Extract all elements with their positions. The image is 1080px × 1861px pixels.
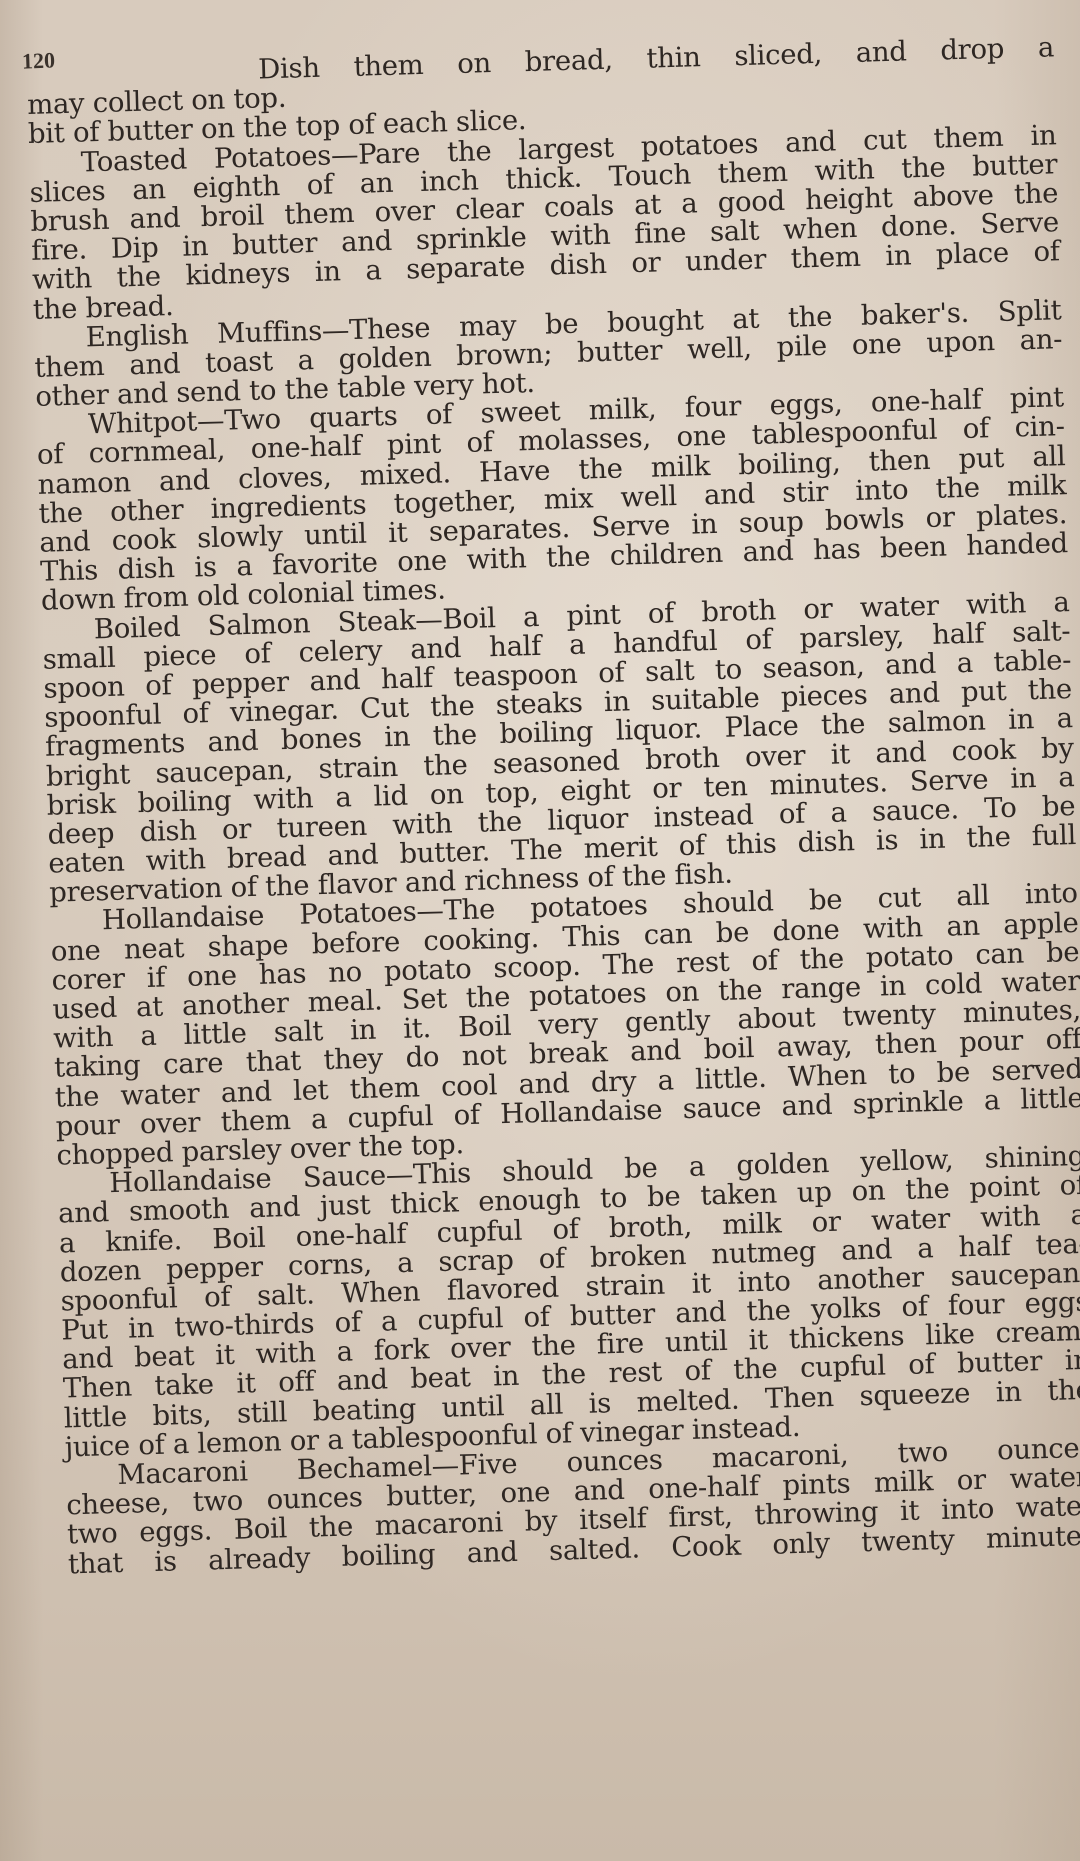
page-body-text: Dish them on bread, thin sliced, and dro… [26, 33, 1080, 1579]
book-page: 120 Dish them on bread, thin sliced, and… [0, 0, 1080, 1861]
